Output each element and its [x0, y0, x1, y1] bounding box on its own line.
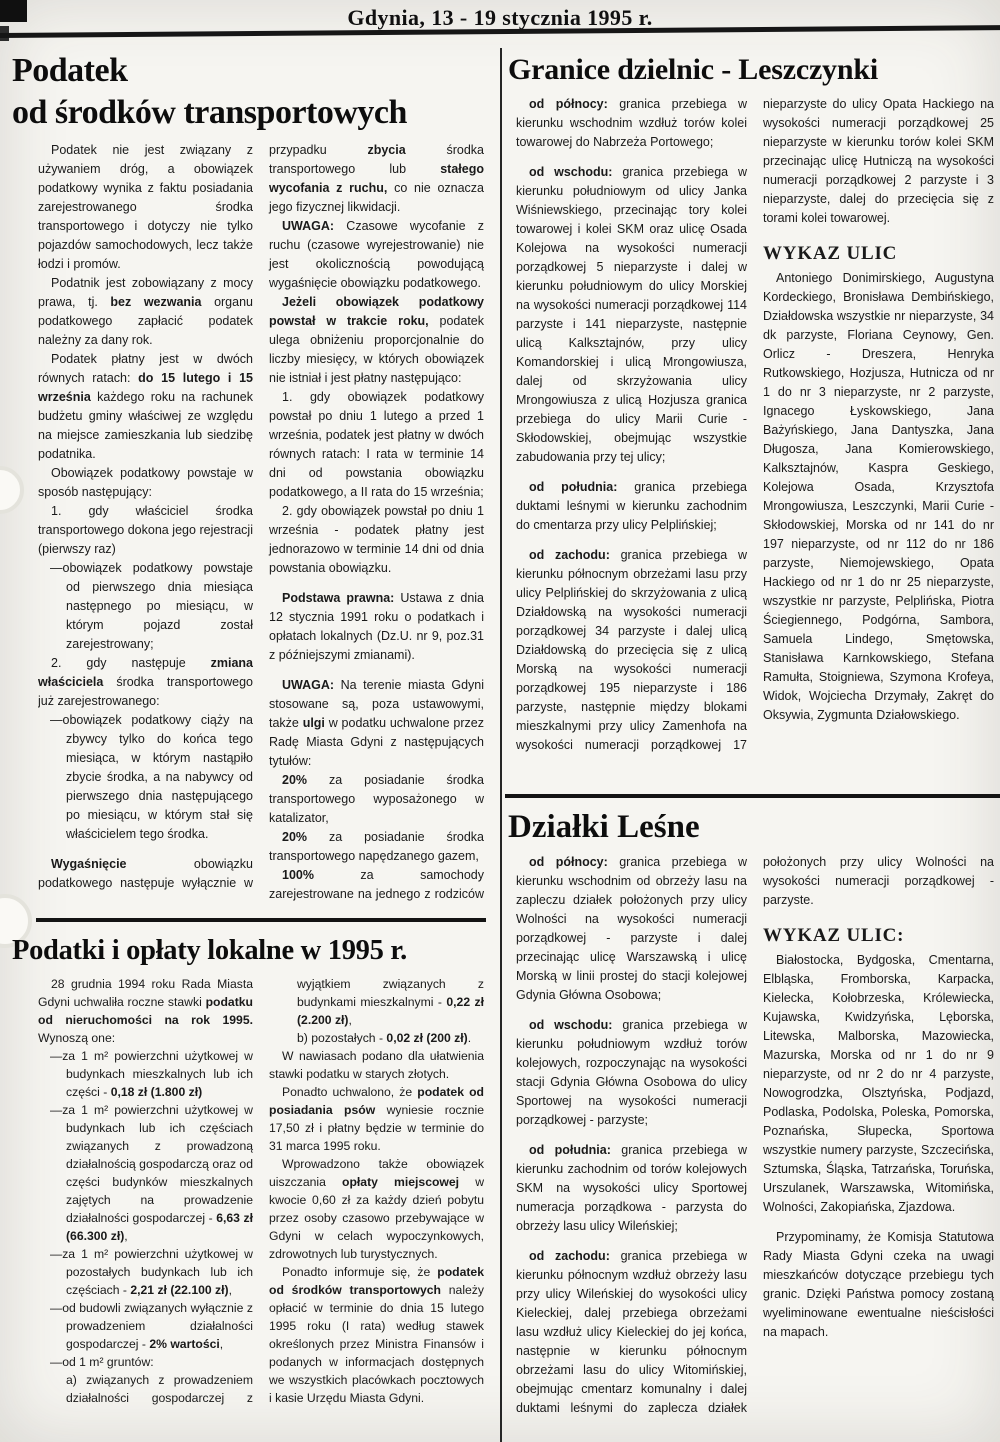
- bold-text: UWAGA:: [282, 219, 334, 233]
- bold-text: od zachodu:: [529, 1249, 610, 1263]
- paragraph: Białostocka, Bydgoska, Cmentarna, Elbląs…: [763, 951, 994, 1217]
- text: ,: [220, 1337, 223, 1351]
- paragraph: 1. gdy obowiązek podatkowy powstał po dn…: [269, 388, 484, 502]
- article-title: Działki Leśne: [508, 808, 998, 846]
- article-transport-tax: Podatek od środków transportowych Podate…: [12, 50, 490, 905]
- text: Wynoszą one:: [38, 1031, 115, 1045]
- article-body: Podatek nie jest związany z używaniem dr…: [38, 141, 484, 905]
- text: 1. gdy właściciel środka transportowego …: [38, 504, 253, 556]
- bold-text: 2,21 zł (22.100 zł): [130, 1283, 228, 1297]
- paragraph: od południa: granica przebiega w kierunk…: [516, 1141, 747, 1236]
- subheading: WYKAZ ULIC: [763, 242, 994, 266]
- bold-text: od wschodu:: [529, 165, 612, 179]
- paragraph: Ponadto informuje się, że podatek od śro…: [269, 1263, 484, 1407]
- newspaper-page: Gdynia, 13 - 19 stycznia 1995 r. Podatek…: [0, 0, 1000, 1442]
- bold-text: od północy:: [529, 97, 608, 111]
- bold-text: od południa:: [529, 480, 617, 494]
- text: Ponadto uchwalono, że: [282, 1085, 417, 1099]
- paragraph: od południa: granica przebiega duktami l…: [516, 478, 747, 535]
- text: granica przebiega w kierunku południowym…: [516, 1018, 747, 1127]
- paragraph: Podatek nie jest związany z używaniem dr…: [38, 141, 253, 274]
- text: granica przebiega w kierunku wschodnim o…: [516, 855, 747, 1002]
- paragraph: 1. gdy właściciel środka transportowego …: [38, 502, 253, 559]
- text: ,: [229, 1283, 232, 1297]
- paragraph: Obowiązek podatkowy powstaje w sposób na…: [38, 464, 253, 502]
- bold-text: 20%: [282, 773, 307, 787]
- column-divider: [500, 48, 502, 1442]
- paragraph: —obowiązek podatkowy powstaje od pierwsz…: [38, 559, 253, 654]
- paragraph: Przypominamy, że Komisja Statutowa Rady …: [763, 1228, 994, 1342]
- bold-text: ulgi: [303, 716, 325, 730]
- text: —za 1 m² powierzchni użytkowej w budynka…: [50, 1103, 253, 1225]
- text: 2. gdy następuje: [51, 656, 211, 670]
- paragraph: 2. gdy następuje zmiana właściciela środ…: [38, 654, 253, 711]
- subheading: WYKAZ ULIC:: [763, 924, 994, 948]
- article-body: od północy: granica przebiega w kierunku…: [516, 853, 994, 1433]
- article-title-line1: Podatek: [12, 50, 490, 92]
- text: Antoniego Donimirskiego, Augustyna Korde…: [763, 271, 994, 722]
- article-title: Granice dzielnic - Leszczynki: [508, 52, 998, 88]
- text: Podatek nie jest związany z używaniem dr…: [38, 143, 253, 271]
- bold-text: 100%: [282, 868, 314, 882]
- article-body: od północy: granica przebiega w kierunku…: [516, 95, 994, 773]
- text: Przypominamy, że Komisja Statutowa Rady …: [763, 1230, 994, 1339]
- bold-text: zbycia: [367, 143, 405, 157]
- text: WYKAZ ULIC:: [763, 925, 904, 946]
- paragraph: UWAGA: Na terenie miasta Gdyni stosowane…: [269, 676, 484, 771]
- text: 2. gdy obowiązek powstał po dniu 1 wrześ…: [269, 504, 484, 575]
- bold-text: od południa:: [529, 1143, 611, 1157]
- bold-text: bez wezwania: [110, 295, 201, 309]
- paragraph: —obowiązek podatkowy ciąży na zbywcy tyl…: [38, 711, 253, 844]
- text: —obowiązek podatkowy powstaje od pierwsz…: [50, 561, 253, 651]
- paragraph: 20% za posiadanie środka transportowego …: [269, 828, 484, 866]
- section-divider-right: [505, 794, 1000, 798]
- paragraph: Podatek płatny jest w dwóch równych rata…: [38, 350, 253, 464]
- paragraph: b) pozostałych - 0,02 zł (200 zł).: [269, 1029, 484, 1047]
- text: W nawiasach podano dla ułatwienia stawki…: [269, 1049, 484, 1081]
- text: należy opłacić w terminie do dnia 15 lut…: [269, 1283, 484, 1405]
- text: WYKAZ ULIC: [763, 243, 897, 264]
- paragraph: —od budowli związanych wyłącznie z prowa…: [38, 1299, 253, 1353]
- bold-text: 2% wartości: [149, 1337, 219, 1351]
- article-dzialki-lesne: Działki Leśne od północy: granica przebi…: [508, 808, 998, 1433]
- bold-text: 0,18 zł (1.800 zł): [111, 1085, 202, 1099]
- paragraph: Podstawa prawna: Ustawa z dnia 12 styczn…: [269, 589, 484, 665]
- article-body: 28 grudnia 1994 roku Rada Miasta Gdyni u…: [38, 975, 484, 1423]
- bold-text: 0,02 zł (200 zł): [386, 1031, 467, 1045]
- bold-text: UWAGA:: [282, 678, 334, 692]
- paragraph: od wschodu: granica przebiega w kierunku…: [516, 163, 747, 467]
- bold-text: 20%: [282, 830, 307, 844]
- article-title: Podatek od środków transportowych: [12, 50, 490, 134]
- paragraph: UWAGA: Czasowe wycofanie z ruchu (czasow…: [269, 217, 484, 293]
- paragraph: Podatnik jest zobowiązany z mocy prawa, …: [38, 274, 253, 350]
- text: Białostocka, Bydgoska, Cmentarna, Elbląs…: [763, 953, 994, 1214]
- paragraph: —za 1 m² powierzchni użytkowej w budynka…: [38, 1047, 253, 1101]
- text: ,: [348, 1013, 351, 1027]
- paragraph: od wschodu: granica przebiega w kierunku…: [516, 1016, 747, 1130]
- paragraph: Ponadto uchwalono, że podatek od posiada…: [269, 1083, 484, 1155]
- text: 1. gdy obowiązek podatkowy powstał po dn…: [269, 390, 484, 499]
- article-title-line2: od środków transportowych: [12, 92, 490, 134]
- article-local-taxes: Podatki i opłaty lokalne w 1995 r. 28 gr…: [12, 934, 490, 1423]
- bold-text: opłaty miejscowej: [342, 1175, 459, 1189]
- paragraph: W nawiasach podano dla ułatwienia stawki…: [269, 1047, 484, 1083]
- text: ,: [124, 1229, 127, 1243]
- bold-text: od wschodu:: [529, 1018, 612, 1032]
- text: —obowiązek podatkowy ciąży na zbywcy tyl…: [50, 713, 253, 841]
- text: .: [468, 1031, 471, 1045]
- text: —od 1 m² gruntów:: [50, 1355, 154, 1369]
- section-divider-left: [36, 918, 486, 922]
- paragraph: Jeżeli obowiązek podatkowy powstał w tra…: [269, 293, 484, 388]
- bold-text: Wygaśnięcie: [51, 857, 127, 871]
- bold-text: Podstawa prawna:: [282, 591, 394, 605]
- bold-text: od zachodu:: [529, 548, 610, 562]
- text: granica przebiega w kierunku południowym…: [516, 165, 747, 464]
- paragraph: 20% za posiadanie środka transportowego …: [269, 771, 484, 828]
- paragraph: od północy: granica przebiega w kierunku…: [516, 853, 747, 1005]
- article-title: Podatki i opłaty lokalne w 1995 r.: [12, 934, 490, 968]
- paragraph: Antoniego Donimirskiego, Augustyna Korde…: [763, 269, 994, 725]
- bold-text: od północy:: [529, 855, 608, 869]
- paragraph: 28 grudnia 1994 roku Rada Miasta Gdyni u…: [38, 975, 253, 1047]
- paragraph: od północy: granica przebiega w kierunku…: [516, 95, 747, 152]
- text: Ponadto informuje się, że: [282, 1265, 437, 1279]
- text: b) pozostałych -: [297, 1031, 386, 1045]
- article-district-borders: Granice dzielnic - Leszczynki od północy…: [508, 52, 998, 773]
- text: Obowiązek podatkowy powstaje w sposób na…: [38, 466, 253, 499]
- paragraph: Wprowadzono także obowiązek uiszczania o…: [269, 1155, 484, 1263]
- paragraph: 2. gdy obowiązek powstał po dniu 1 wrześ…: [269, 502, 484, 578]
- paragraph: —za 1 m² powierzchni użytkowej w pozosta…: [38, 1245, 253, 1299]
- paragraph: —od 1 m² gruntów:: [38, 1353, 253, 1371]
- paragraph: —za 1 m² powierzchni użytkowej w budynka…: [38, 1101, 253, 1245]
